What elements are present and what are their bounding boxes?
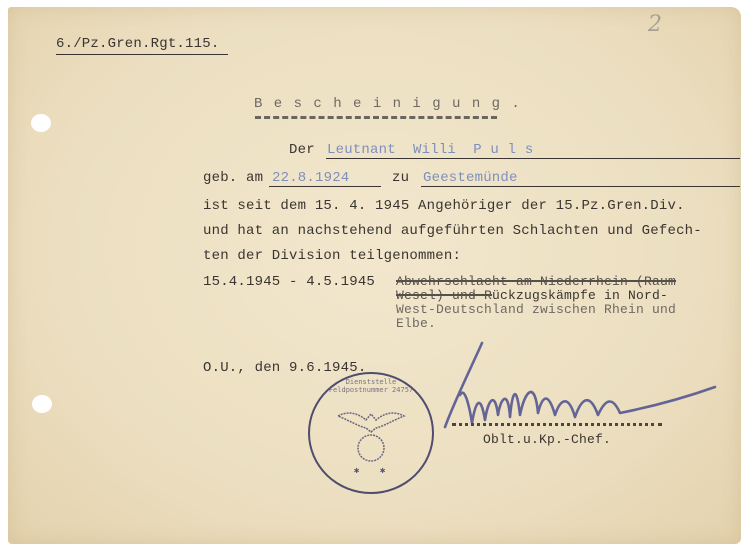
stamp-ring-text: Dienststelle Feldpostnummer 24757	[316, 378, 426, 394]
battle-line-3: West-Deutschland zwischen Rhein und	[396, 302, 676, 317]
birth-date-field: 22.8.1924	[272, 170, 349, 186]
body-line-1: ist seit dem 15. 4. 1945 Angehöriger der…	[203, 198, 685, 214]
rank-name-field: Leutnant Willi P u l s	[327, 142, 533, 158]
place-date: O.U., den 9.6.1945.	[203, 360, 366, 376]
line2-mid: zu	[392, 170, 409, 186]
punch-hole-top	[31, 114, 51, 132]
line1-prefix: Der	[289, 142, 315, 158]
signature-title: Oblt.u.Kp.-Chef.	[483, 432, 611, 447]
battle-line-2: Wesel) und Rückzugskämpfe in Nord-	[396, 288, 668, 303]
battle-date-range: 15.4.1945 - 4.5.1945	[203, 274, 375, 290]
eagle-emblem-icon	[334, 404, 408, 466]
page-number-pencil: 2	[648, 12, 662, 37]
rank-name-underline	[326, 158, 740, 159]
battle-line-4: Elbe.	[396, 316, 436, 331]
title-double-underline	[255, 116, 497, 119]
body-line-3: ten der Division teilgenommen:	[203, 248, 461, 264]
line2-prefix: geb. am	[203, 170, 263, 186]
unit-header-underline	[56, 54, 228, 55]
stamp-star-right: ✱	[380, 466, 385, 476]
punch-hole-bottom	[32, 395, 52, 413]
battle-line-2-rest: ückzugskämpfe in Nord-	[492, 288, 668, 303]
document-title: B e s c h e i n i g u n g .	[254, 96, 521, 112]
battle-struck-line-1: Abwehrschlacht am Niederrhein (Raum	[396, 274, 676, 289]
unit-header: 6./Pz.Gren.Rgt.115.	[56, 36, 219, 52]
battle-struck-line-2: Wesel) und R	[396, 288, 492, 303]
birth-date-underline	[269, 186, 381, 187]
stamp-star-left: ✱	[354, 466, 359, 476]
body-line-2: und hat an nachstehend aufgeführten Schl…	[203, 223, 702, 239]
birth-place-field: Geestemünde	[423, 170, 518, 186]
signature	[430, 335, 730, 435]
birth-place-underline	[421, 186, 740, 187]
official-stamp: Dienststelle Feldpostnummer 24757 ✱ ✱	[308, 372, 434, 494]
signature-dotted-line	[452, 423, 662, 426]
